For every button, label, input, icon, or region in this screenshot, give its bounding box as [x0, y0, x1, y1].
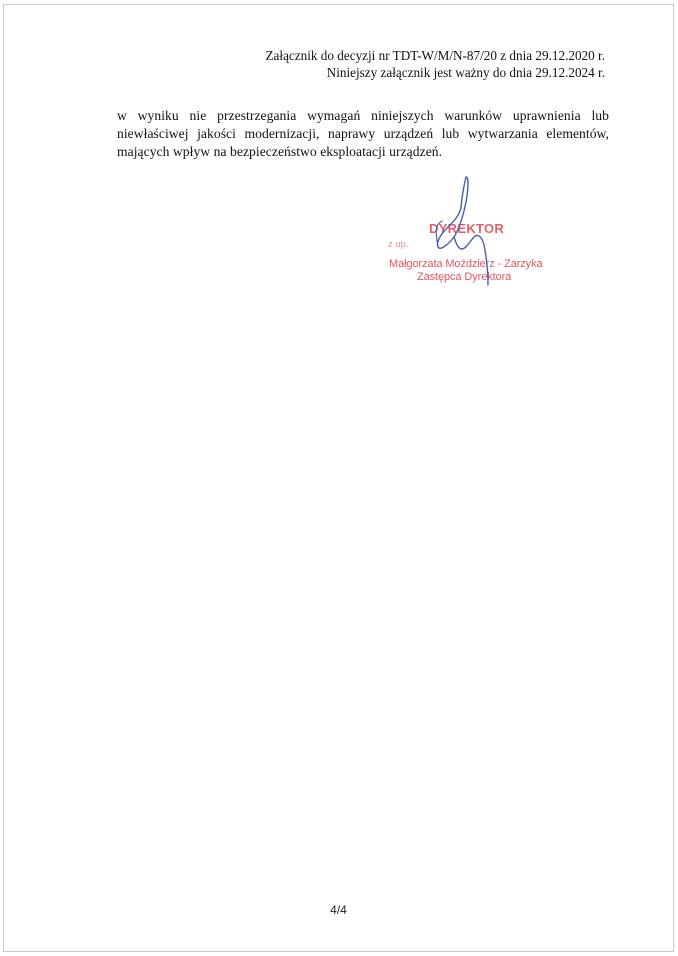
stamp-signatory-role: Zastępca Dyrektora — [417, 271, 511, 283]
body-paragraph: w wyniku nie przestrzegania wymagań nini… — [117, 107, 609, 161]
page-number: 4/4 — [4, 903, 673, 917]
body-line: mających wpływ na bezpieczeństwo eksploa… — [117, 143, 609, 161]
body-line: w wyniku nie przestrzegania wymagań nini… — [117, 107, 609, 125]
body-line: niewłaściwej jakości modernizacji, napra… — [117, 125, 609, 143]
validity-note: Niniejszy załącznik jest ważny do dnia 2… — [266, 64, 606, 81]
stamp-title: DYREKTOR — [429, 221, 504, 236]
official-stamp: DYREKTOR z up. Małgorzata Moździerz - Za… — [384, 175, 554, 295]
attachment-reference: Załącznik do decyzji nr TDT-W/M/N-87/20 … — [266, 47, 606, 64]
stamp-signatory-name: Małgorzata Moździerz - Zarzyka — [389, 258, 543, 270]
document-page: Załącznik do decyzji nr TDT-W/M/N-87/20 … — [3, 4, 674, 952]
document-header: Załącznik do decyzji nr TDT-W/M/N-87/20 … — [266, 47, 606, 81]
stamp-on-behalf: z up. — [388, 239, 409, 250]
